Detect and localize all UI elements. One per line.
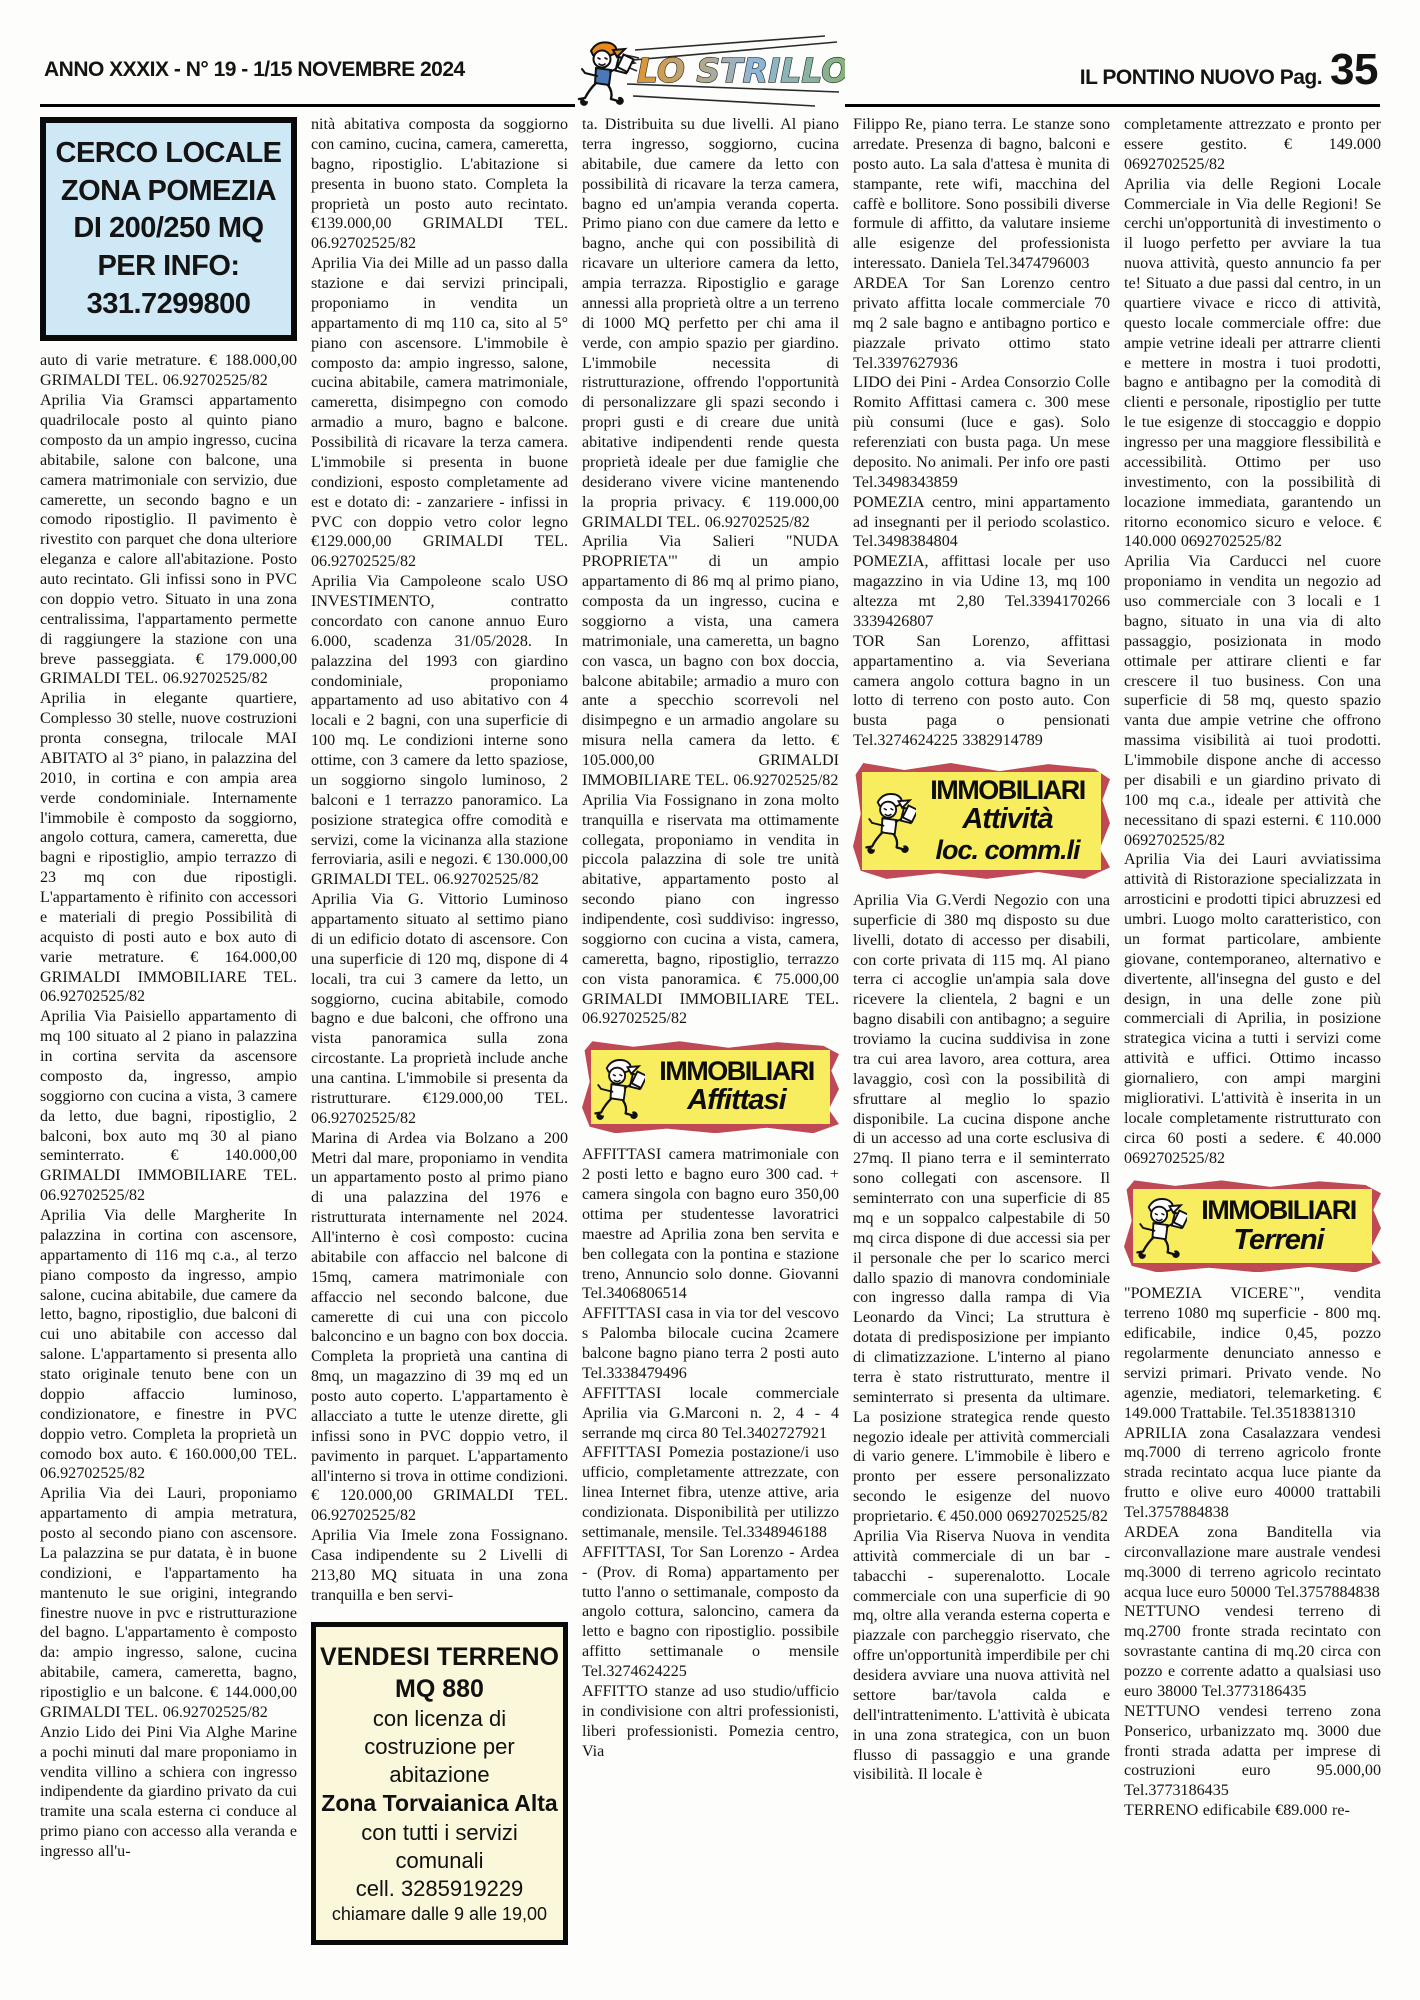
vendesi-line: costruzione per abitazione [320, 1733, 559, 1789]
newsboy-icon [1137, 1199, 1187, 1258]
newsboy-icon [579, 42, 633, 104]
classified-ad: nità abitativa composta da soggiorno con… [311, 115, 568, 254]
classified-ad: Aprilia Via delle Margherite In palazzin… [40, 1206, 297, 1484]
classified-ad: AFFITTO stanze ad uso studio/ufficio in … [582, 1682, 839, 1762]
classified-ad: Aprilia Via Riserva Nuova in vendita att… [853, 1527, 1110, 1785]
classified-ad: LIDO dei Pini - Ardea Consorzio Colle Ro… [853, 373, 1110, 492]
cerco-line: ZONA POMEZIA [48, 173, 289, 211]
vendesi-line: VENDESI TERRENO [320, 1641, 559, 1673]
newsboy-icon [595, 1060, 645, 1119]
section-header-attivita: IMMOBILIARI Attività loc. comm.li [853, 763, 1110, 879]
classified-ad: Aprilia via delle Regioni Locale Commerc… [1124, 175, 1381, 553]
ads-terreni: "POMEZIA VICERE`", vendita terreno 1080 … [1124, 1284, 1381, 1821]
cerco-line: PER INFO: [48, 248, 289, 286]
classified-ad: Aprilia Via Fossignano in zona molto tra… [582, 791, 839, 1030]
classified-ad: Aprilia Via dei Lauri avviatissima attiv… [1124, 850, 1381, 1168]
vendesi-line: Zona Torvaianica Alta [320, 1789, 559, 1818]
cerco-locale-box: CERCO LOCALE ZONA POMEZIA DI 200/250 MQ … [40, 117, 297, 341]
section-subtitle: Affittasi [645, 1085, 828, 1117]
classified-ad: Aprilia Via G. Vittorio Luminoso apparta… [311, 890, 568, 1129]
page-number: 35 [1330, 52, 1378, 87]
classified-ad: NETTUNO vendesi terreno zona Ponserico, … [1124, 1702, 1381, 1801]
vendesi-line: chiamare dalle 9 alle 19,00 [320, 1903, 559, 1926]
classifieds-grid: CERCO LOCALE ZONA POMEZIA DI 200/250 MQ … [0, 107, 1420, 1993]
classified-ad: Aprilia Via dei Mille ad un passo dalla … [311, 254, 568, 572]
vendesi-line: MQ 880 [320, 1673, 559, 1705]
column-2: nità abitativa composta da soggiorno con… [311, 115, 568, 1993]
section-header-terreni: IMMOBILIARI Terreni [1124, 1180, 1381, 1272]
classified-ad: Aprilia Via Gramsci appartamento quadril… [40, 391, 297, 689]
column-4: Filippo Re, piano terra. Le stanze sono … [853, 115, 1110, 1993]
ads-vendite: auto di varie metrature. € 188.000,00 GR… [40, 351, 297, 1862]
logo-title: LO STRILLONE [637, 51, 845, 90]
ads-vendite: nità abitativa composta da soggiorno con… [311, 115, 568, 1606]
newspaper-logo: LO STRILLONE [575, 26, 845, 118]
classified-ad: AFFITTASI casa in via tor del vescovo s … [582, 1304, 839, 1384]
masthead-title: IL PONTINO NUOVO Pag. 35 [1080, 52, 1378, 90]
section-subtitle2: loc. comm.li [916, 836, 1099, 866]
classified-ad: Aprilia Via Paisiello appartamento di mq… [40, 1007, 297, 1206]
classified-ad: Anzio Lido dei Pini Via Alghe Marine a p… [40, 1723, 297, 1862]
cerco-line: 331.7299800 [48, 286, 289, 324]
section-header-affittasi: IMMOBILIARI Affittasi [582, 1041, 839, 1133]
section-title: IMMOBILIARI [916, 776, 1099, 804]
vendesi-line: con tutti i servizi [320, 1819, 559, 1847]
classified-ad: AFFITTASI, Tor San Lorenzo - Ardea - (Pr… [582, 1543, 839, 1682]
masthead-title-text: IL PONTINO NUOVO Pag. [1080, 66, 1322, 90]
cerco-line: DI 200/250 MQ [48, 210, 289, 248]
classified-ad: APRILIA zona Casalazzara vendesi mq.7000… [1124, 1424, 1381, 1523]
classified-ad: Filippo Re, piano terra. Le stanze sono … [853, 115, 1110, 274]
classified-ad: Aprilia Via Imele zona Fossignano. Casa … [311, 1526, 568, 1606]
column-1: CERCO LOCALE ZONA POMEZIA DI 200/250 MQ … [40, 115, 297, 1993]
vendesi-phone: cell. 3285919229 [320, 1875, 559, 1903]
classified-ad: Aprilia Via Carducci nel cuore proponiam… [1124, 552, 1381, 850]
ads-vendite: ta. Distribuita su due livelli. Al piano… [582, 115, 839, 1029]
classified-ad: auto di varie metrature. € 188.000,00 GR… [40, 351, 297, 391]
classified-ad: completamente attrezzato e pronto per es… [1124, 115, 1381, 175]
masthead: ANNO XXXIX - N° 19 - 1/15 NOVEMBRE 2024 … [40, 0, 1380, 107]
classified-ad: TERRENO edificabile €89.000 re- [1124, 1801, 1381, 1821]
classified-ad: TOR San Lorenzo, affittasi appartamentin… [853, 632, 1110, 751]
column-5: completamente attrezzato e pronto per es… [1124, 115, 1381, 1993]
newspaper-page: { "masthead": { "left": "ANNO XXXIX - N°… [0, 0, 1420, 2000]
vendesi-line: con licenza di [320, 1705, 559, 1733]
classified-ad: ta. Distribuita su due livelli. Al piano… [582, 115, 839, 532]
masthead-issue-date: ANNO XXXIX - N° 19 - 1/15 NOVEMBRE 2024 [44, 58, 465, 82]
classified-ad: Aprilia Via G.Verdi Negozio con una supe… [853, 891, 1110, 1527]
classified-ad: Aprilia Via Salieri "NUDA PROPRIETA'" di… [582, 532, 839, 790]
classified-ad: "POMEZIA VICERE`", vendita terreno 1080 … [1124, 1284, 1381, 1423]
section-subtitle: Terreni [1187, 1225, 1370, 1257]
classified-ad: AFFITTASI locale commerciale Aprilia via… [582, 1384, 839, 1444]
cerco-line: CERCO LOCALE [48, 135, 289, 173]
classified-ad: AFFITTASI Pomezia postazione/i uso uffic… [582, 1443, 839, 1542]
newsboy-icon [866, 794, 916, 853]
vendesi-terreno-box: VENDESI TERRENO MQ 880 con licenza di co… [311, 1622, 568, 1945]
section-subtitle: Attività [916, 804, 1099, 836]
classified-ad: ARDEA Tor San Lorenzo centro privato aff… [853, 274, 1110, 373]
classified-ad: Marina di Ardea via Bolzano a 200 Metri … [311, 1129, 568, 1527]
ads-affittasi: Filippo Re, piano terra. Le stanze sono … [853, 115, 1110, 751]
classified-ad: Aprilia Via Campoleone scalo USO INVESTI… [311, 572, 568, 890]
ads-attivita: Aprilia Via G.Verdi Negozio con una supe… [853, 891, 1110, 1785]
classified-ad: ARDEA zona Banditella via circonvallazio… [1124, 1523, 1381, 1603]
column-3: ta. Distribuita su due livelli. Al piano… [582, 115, 839, 1993]
ads-attivita: completamente attrezzato e pronto per es… [1124, 115, 1381, 1168]
classified-ad: NETTUNO vendesi terreno di mq.2700 front… [1124, 1602, 1381, 1701]
section-title: IMMOBILIARI [645, 1057, 828, 1085]
classified-ad: Aprilia Via dei Lauri, proponiamo appart… [40, 1484, 297, 1723]
vendesi-line: comunali [320, 1847, 559, 1875]
classified-ad: POMEZIA centro, mini appartamento ad ins… [853, 493, 1110, 553]
section-title: IMMOBILIARI [1187, 1196, 1370, 1224]
classified-ad: AFFITTASI camera matrimoniale con 2 post… [582, 1145, 839, 1304]
classified-ad: POMEZIA, affittasi locale per uso magazz… [853, 552, 1110, 632]
ads-affittasi: AFFITTASI camera matrimoniale con 2 post… [582, 1145, 839, 1761]
classified-ad: Aprilia in elegante quartiere, Complesso… [40, 689, 297, 1007]
